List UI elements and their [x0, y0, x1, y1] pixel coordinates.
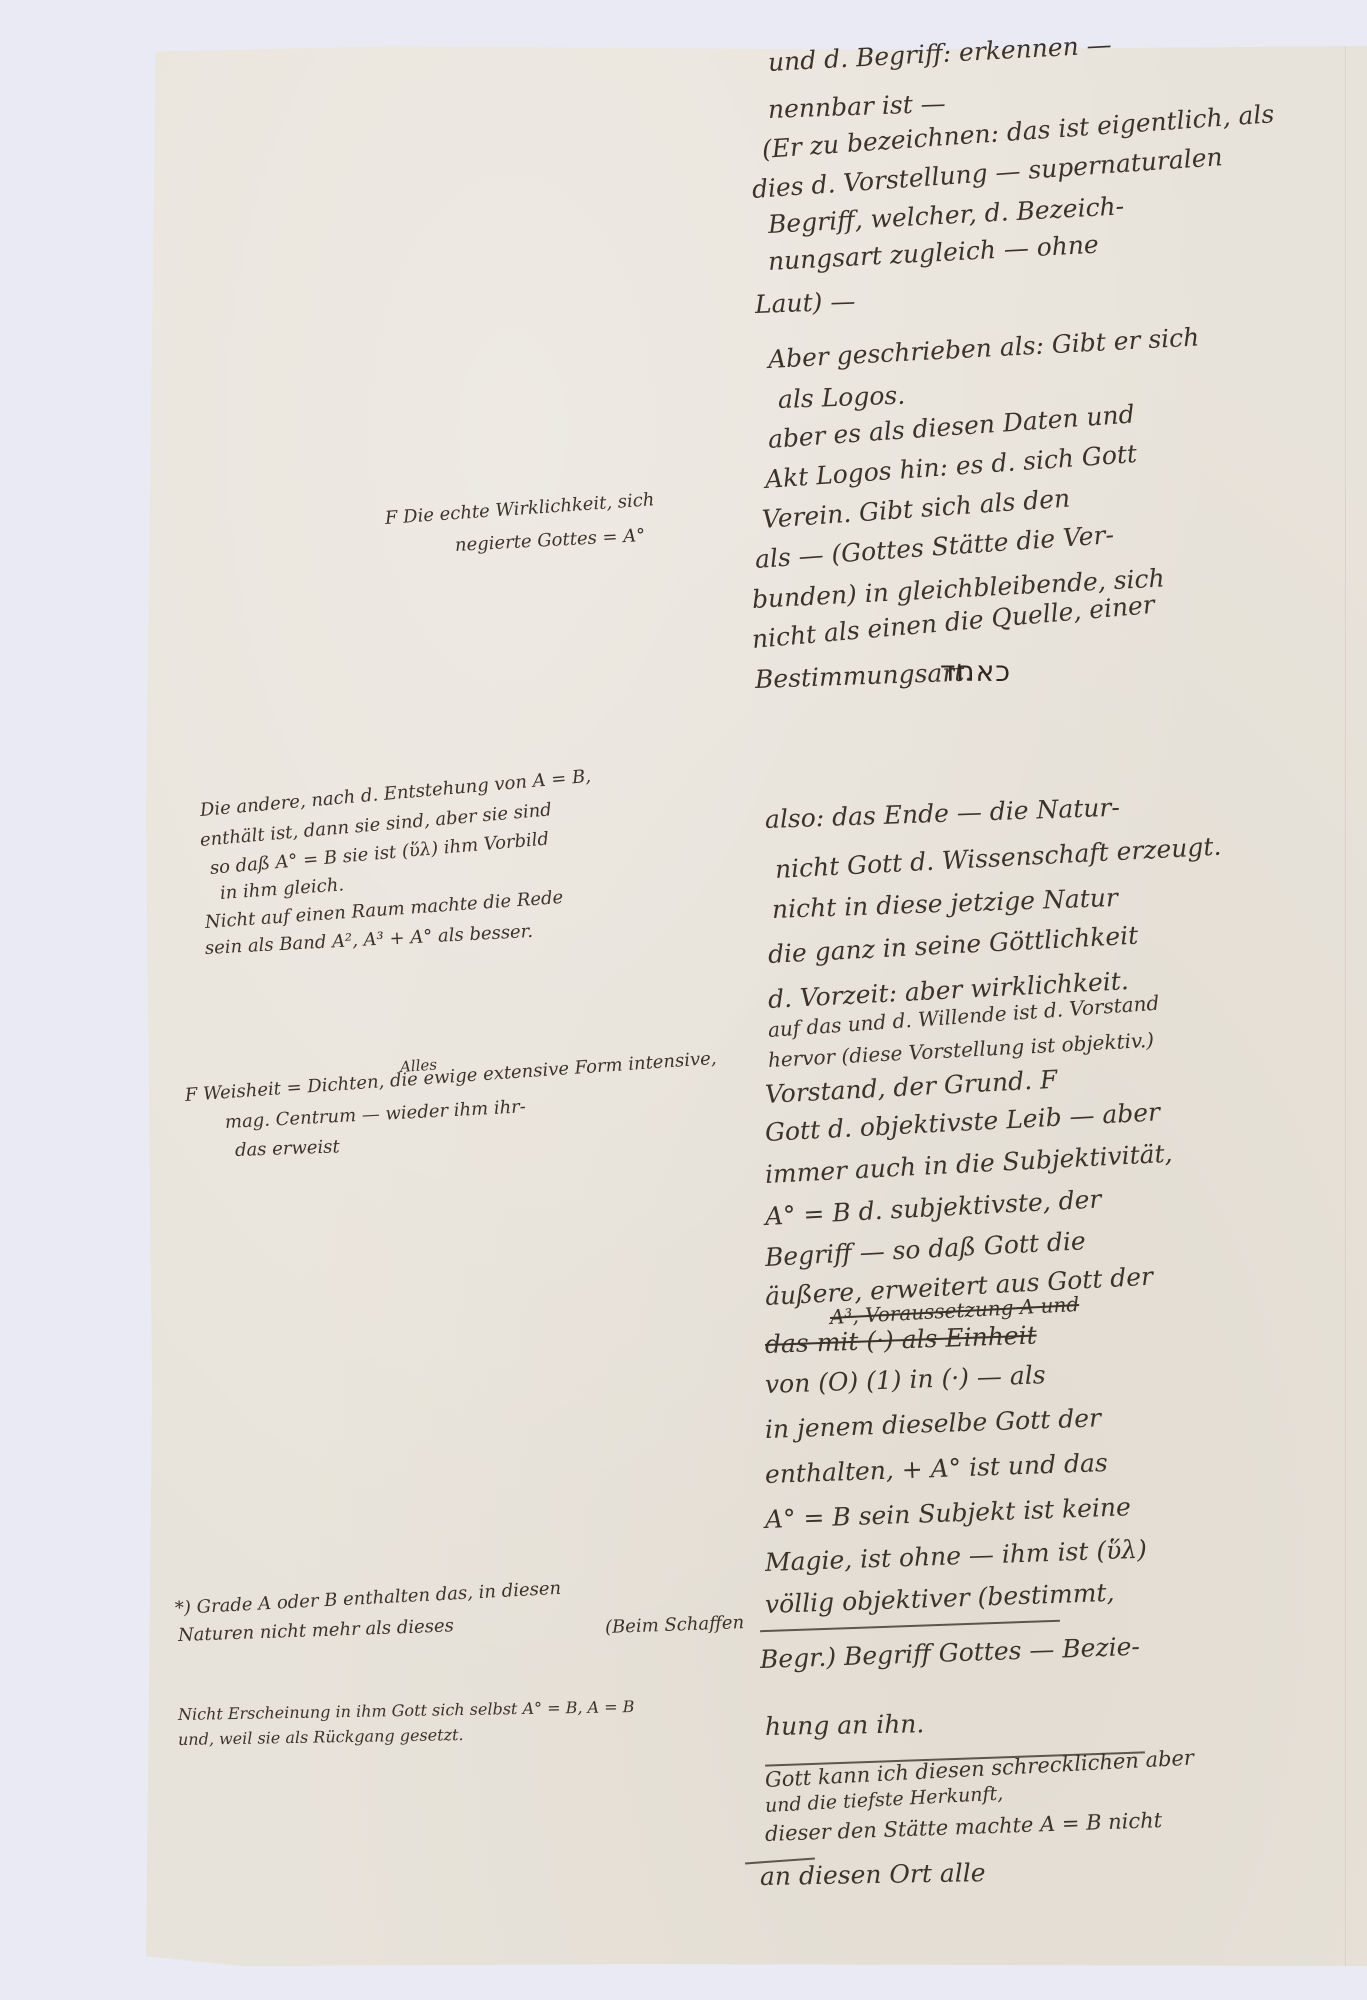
- main-line: an diesen Ort alle: [760, 1858, 986, 1891]
- main-line: hung an ihn.: [765, 1709, 925, 1741]
- margin-line: das erweist: [235, 1136, 340, 1161]
- main-line: nennbar ist —: [767, 89, 946, 124]
- page-fold: [1345, 46, 1347, 1966]
- main-line: als Logos.: [777, 381, 905, 414]
- main-line: Laut) —: [754, 287, 855, 319]
- hebrew-word: כאחד: [940, 655, 1011, 688]
